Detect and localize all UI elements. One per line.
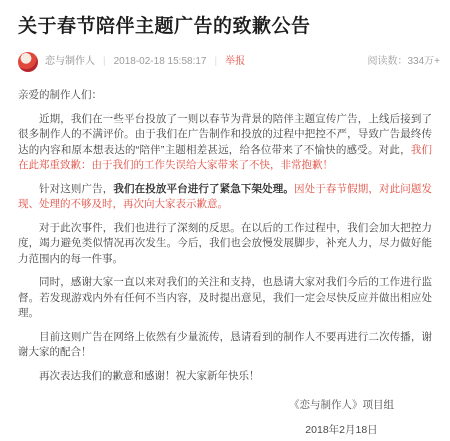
publish-timestamp: 2018-02-18 15:58:17 [114,52,207,72]
report-link[interactable]: 举报 [225,52,245,72]
article-paragraph: 针对这则广告，我们在投放平台进行了紧急下架处理。因处于春节假期，对此问题发现、处… [18,182,432,213]
read-count: 阅读数：334万+ [367,52,440,72]
byline-divider: | [214,52,217,72]
text-segment-normal: 近期，我们在一些平台投放了一则以春节为背景的陪伴主题宣传广告，上线后接到了很多制… [18,113,432,156]
text-segment-normal: 针对这则广告， [39,183,113,195]
page-title: 关于春节陪伴主题广告的致歉公告 [18,14,432,40]
author-name-link[interactable]: 恋与制作人 [45,52,95,72]
article-body: 亲爱的制作人们： 近期，我们在一些平台投放了一则以春节为背景的陪伴主题宣传广告，… [18,88,432,441]
byline: 恋与制作人 | 2018-02-18 15:58:17 | 举报 阅读数：334… [18,52,432,72]
signature-date: 2018年2月18日 [305,423,377,438]
author-avatar[interactable] [18,52,38,72]
signature-block: 《恋与制作人》项目组 2018年2月18日 [289,398,394,441]
article-paragraph: 再次表达我们的歉意和感谢！祝大家新年快乐！ [18,369,432,385]
article-paragraph: 近期，我们在一些平台投放了一则以春节为背景的陪伴主题宣传广告，上线后接到了很多制… [18,112,432,174]
article-paragraph: 目前这则广告在网络上依然有少量流传，恳请看到的制作人不要再进行二次传播，谢谢大家… [18,330,432,361]
text-segment-normal: 同时，感谢大家一直以来对我们的关注和支持，也恳请大家对我们今后的工作进行监督。若… [18,276,432,319]
greeting-line: 亲爱的制作人们： [18,88,432,104]
text-segment-bold: 我们在投放平台进行了紧急下架处理。 [113,183,294,195]
byline-divider: | [103,52,106,72]
text-segment-normal: 对于此次事件，我们也进行了深刻的反思。在以后的工作过程中，我们会加大把控力度，竭… [18,222,432,265]
article-paragraph: 同时，感谢大家一直以来对我们的关注和支持，也恳请大家对我们今后的工作进行监督。若… [18,275,432,322]
article-page: 关于春节陪伴主题广告的致歉公告 恋与制作人 | 2018-02-18 15:58… [0,14,450,441]
text-segment-normal: 目前这则广告在网络上依然有少量流传，恳请看到的制作人不要再进行二次传播，谢谢大家… [18,331,432,359]
article-paragraphs: 近期，我们在一些平台投放了一则以春节为背景的陪伴主题宣传广告，上线后接到了很多制… [18,112,432,385]
signature-team: 《恋与制作人》项目组 [289,398,394,413]
article-paragraph: 对于此次事件，我们也进行了深刻的反思。在以后的工作过程中，我们会加大把控力度，竭… [18,221,432,268]
text-segment-normal: 再次表达我们的歉意和感谢！祝大家新年快乐！ [39,370,260,382]
